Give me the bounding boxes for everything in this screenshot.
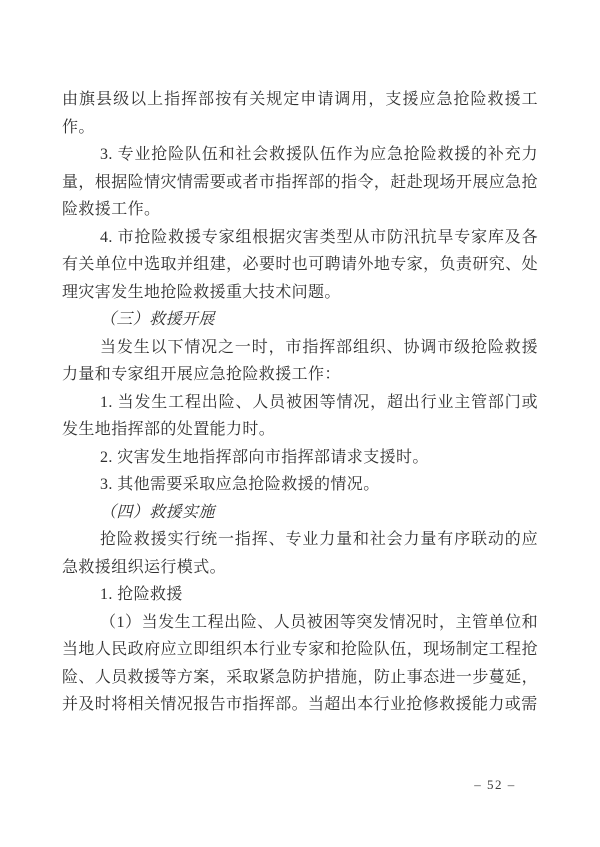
page-footer: – 52 – xyxy=(455,777,535,793)
document-page: 由旗县级以上指挥部按有关规定申请调用，支援应急抢险救援工作。 3. 专业抢险队伍… xyxy=(0,0,600,847)
paragraph: 由旗县级以上指挥部按有关规定申请调用，支援应急抢险救援工作。 xyxy=(62,86,538,141)
paragraph: （1）当发生工程出险、人员被困等突发情况时，主管单位和当地人民政府应立即组织本行… xyxy=(62,609,538,719)
paragraph: 当发生以下情况之一时，市指挥部组织、协调市级抢险救援力量和专家组开展应急抢险救援… xyxy=(62,334,538,389)
paragraph: 3. 其他需要采取应急抢险救援的情况。 xyxy=(62,471,538,499)
paragraph: 3. 专业抢险队伍和社会救援队伍作为应急抢险救援的补充力量，根据险情灾情需要或者… xyxy=(62,141,538,224)
paragraph: 抢险救援实行统一指挥、专业力量和社会力量有序联动的应急救援组织运行模式。 xyxy=(62,526,538,581)
paragraph: 2. 灾害发生地指挥部向市指挥部请求支援时。 xyxy=(62,444,538,472)
paragraph: 4. 市抢险救援专家组根据灾害类型从市防汛抗旱专家库及各有关单位中选取并组建，必… xyxy=(62,224,538,307)
page-number: – 52 – xyxy=(474,777,516,792)
paragraph: 1. 当发生工程出险、人员被困等情况，超出行业主管部门或发生地指挥部的处置能力时… xyxy=(62,389,538,444)
section-heading: （三）救援开展 xyxy=(62,306,538,334)
paragraph: 1. 抢险救援 xyxy=(62,581,538,609)
document-body: 由旗县级以上指挥部按有关规定申请调用，支援应急抢险救援工作。 3. 专业抢险队伍… xyxy=(62,86,538,719)
section-heading: （四）救援实施 xyxy=(62,499,538,527)
